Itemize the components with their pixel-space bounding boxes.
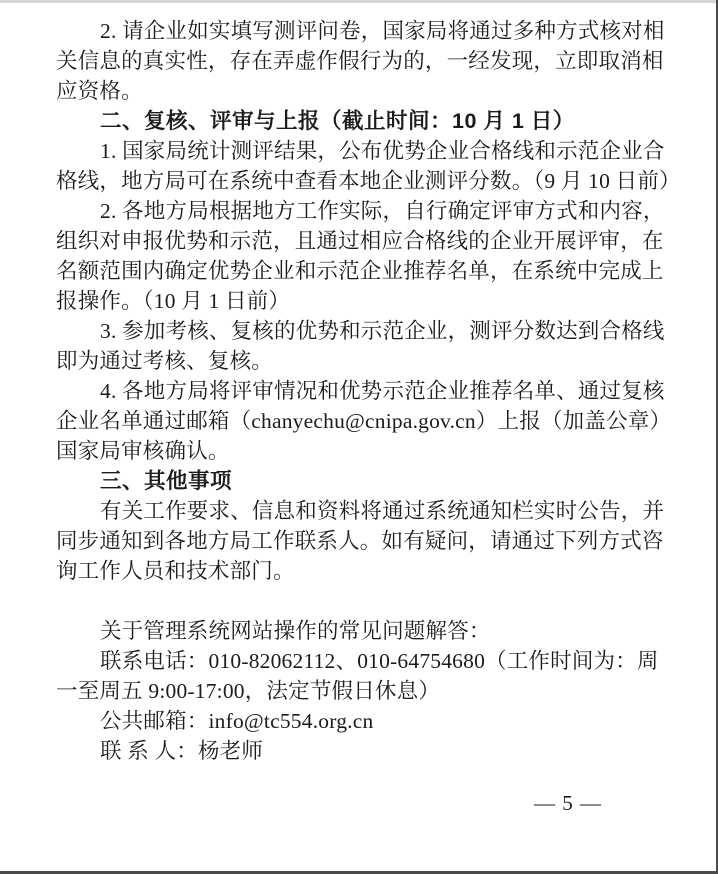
line-text: 报操作。（10 月 1 日前）	[56, 289, 290, 313]
line-text: 二、复核、评审与上报（截止时间：10 月 1 日）	[100, 109, 575, 133]
line-text: 应资格。	[56, 79, 143, 103]
line-text: 1. 国家局统计测评结果，公布优势企业合格线和示范企业合	[100, 139, 665, 163]
document-line: 联系电话：010-82062112、010-64754680（工作时间为：周	[56, 646, 662, 676]
document-line: 同步通知到各地方局工作联系人。如有疑问，请通过下列方式咨	[56, 526, 662, 556]
line-text: 国家局审核确认。	[56, 439, 230, 463]
document-line: 关信息的真实性，存在弄虚作假行为的，一经发现，立即取消相	[56, 46, 662, 76]
document-line: 即为通过考核、复核。	[56, 346, 662, 376]
document-line: 国家局审核确认。	[56, 436, 662, 466]
line-text: 4. 各地方局将评审情况和优势示范企业推荐名单、通过复核	[100, 379, 665, 403]
document-line: 格线，地方局可在系统中查看本地企业测评分数。（9 月 10 日前）	[56, 166, 662, 196]
line-text: 关信息的真实性，存在弄虚作假行为的，一经发现，立即取消相	[56, 49, 664, 73]
document-line: 联 系 人：杨老师	[56, 736, 662, 766]
document-line: 应资格。	[56, 76, 662, 106]
document-line: 一至周五 9:00-17:00，法定节假日休息）	[56, 676, 662, 706]
line-text: 3. 参加考核、复核的优势和示范企业，测评分数达到合格线	[100, 319, 665, 343]
document-line: 名额范围内确定优势企业和示范企业推荐名单，在系统中完成上	[56, 256, 662, 286]
line-text: 关于管理系统网站操作的常见问题解答：	[100, 619, 491, 643]
line-text: 2. 请企业如实填写测评问卷，国家局将通过多种方式核对相	[100, 19, 665, 43]
line-text: 三、其他事项	[100, 469, 232, 493]
line-text: 有关工作要求、信息和资料将通过系统通知栏实时公告，并	[100, 499, 664, 523]
document-line: 3. 参加考核、复核的优势和示范企业，测评分数达到合格线	[56, 316, 662, 346]
document-line	[56, 586, 662, 616]
line-text: 企业名单通过邮箱（chanyechu@cnipa.gov.cn）上报（加盖公章）	[56, 409, 671, 433]
line-text: 名额范围内确定优势企业和示范企业推荐名单，在系统中完成上	[56, 259, 664, 283]
document-line: 组织对申报优势和示范，且通过相应合格线的企业开展评审，在	[56, 226, 662, 256]
document-line: 询工作人员和技术部门。	[56, 556, 662, 586]
document-line: 企业名单通过邮箱（chanyechu@cnipa.gov.cn）上报（加盖公章）	[56, 406, 662, 436]
document-line: 关于管理系统网站操作的常见问题解答：	[56, 616, 662, 646]
document-line: 公共邮箱：info@tc554.org.cn	[56, 706, 662, 736]
line-text: 即为通过考核、复核。	[56, 349, 273, 373]
line-text: 公共邮箱：info@tc554.org.cn	[100, 709, 373, 733]
document-line: 1. 国家局统计测评结果，公布优势企业合格线和示范企业合	[56, 136, 662, 166]
line-text: 联系电话：010-82062112、010-64754680（工作时间为：周	[100, 649, 659, 673]
scan-edge-top	[0, 0, 718, 3]
document-line: 有关工作要求、信息和资料将通过系统通知栏实时公告，并	[56, 496, 662, 526]
page-number: — 5 —	[534, 790, 602, 816]
line-text: 2. 各地方局根据地方工作实际，自行确定评审方式和内容，	[100, 199, 665, 223]
section-heading: 三、其他事项	[56, 466, 662, 496]
document-line: 报操作。（10 月 1 日前）	[56, 286, 662, 316]
line-text: 同步通知到各地方局工作联系人。如有疑问，请通过下列方式咨	[56, 529, 664, 553]
document-body: 2. 请企业如实填写测评问卷，国家局将通过多种方式核对相 关信息的真实性，存在弄…	[56, 16, 662, 766]
document-page: 2. 请企业如实填写测评问卷，国家局将通过多种方式核对相 关信息的真实性，存在弄…	[0, 0, 718, 874]
line-text: 联 系 人：杨老师	[100, 739, 263, 763]
line-text: 一至周五 9:00-17:00，法定节假日休息）	[56, 679, 440, 703]
line-text: 询工作人员和技术部门。	[56, 559, 295, 583]
section-heading: 二、复核、评审与上报（截止时间：10 月 1 日）	[56, 106, 662, 136]
document-line: 2. 请企业如实填写测评问卷，国家局将通过多种方式核对相	[56, 16, 662, 46]
line-text: 格线，地方局可在系统中查看本地企业测评分数。（9 月 10 日前）	[56, 169, 681, 193]
document-line: 4. 各地方局将评审情况和优势示范企业推荐名单、通过复核	[56, 376, 662, 406]
line-text: 组织对申报优势和示范，且通过相应合格线的企业开展评审，在	[56, 229, 664, 253]
document-line: 2. 各地方局根据地方工作实际，自行确定评审方式和内容，	[56, 196, 662, 226]
